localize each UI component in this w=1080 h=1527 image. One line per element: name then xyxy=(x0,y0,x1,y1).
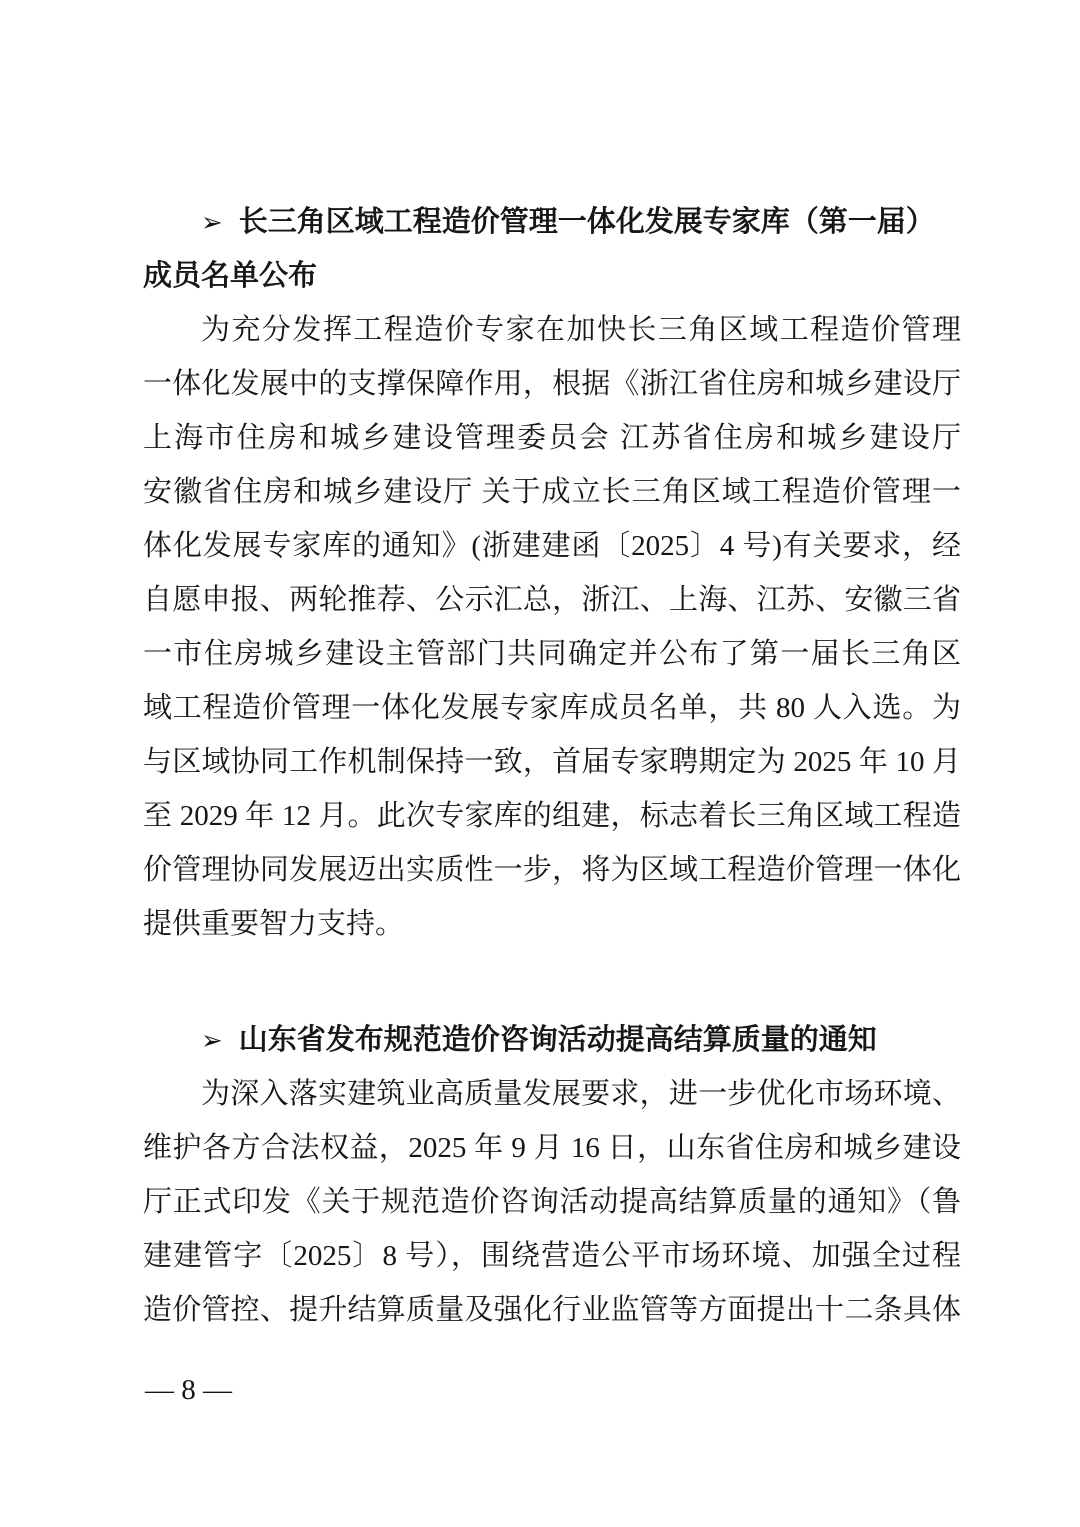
paragraph-line: 上海市住房和城乡建设管理委员会 江苏省住房和城乡建设厅 xyxy=(143,411,961,465)
paragraph-line: 造价管控、提升结算质量及强化行业监管等方面提出十二条具体 xyxy=(143,1283,961,1337)
paragraph-line: 体化发展专家库的通知》(浙建建函〔2025〕4 号)有关要求，经 xyxy=(143,519,961,573)
paragraph-line: 价管理协同发展迈出实质性一步，将为区域工程造价管理一体化 xyxy=(143,843,961,897)
arrow-bullet-icon: ➢ xyxy=(201,208,239,238)
document-content: ➢长三角区域工程造价管理一体化发展专家库（第一届） 成员名单公布 为充分发挥工程… xyxy=(143,195,961,1337)
section-heading-line: 成员名单公布 xyxy=(143,249,961,303)
section-heading-line: ➢山东省发布规范造价咨询活动提高结算质量的通知 xyxy=(143,1013,961,1067)
paragraph-line: 厅正式印发《关于规范造价咨询活动提高结算质量的通知》（鲁 xyxy=(143,1175,961,1229)
heading-text: 长三角区域工程造价管理一体化发展专家库（第一届） xyxy=(239,206,935,238)
section-heading-line: ➢长三角区域工程造价管理一体化发展专家库（第一届） xyxy=(143,195,961,249)
paragraph-line: 提供重要智力支持。 xyxy=(143,897,961,951)
paragraph-line: 建建管字〔2025〕8 号），围绕营造公平市场环境、加强全过程 xyxy=(143,1229,961,1283)
paragraph-line: 一市住房城乡建设主管部门共同确定并公布了第一届长三角区 xyxy=(143,627,961,681)
page-number: — 8 — xyxy=(145,1363,232,1417)
paragraph-line: 一体化发展中的支撑保障作用，根据《浙江省住房和城乡建设厅 xyxy=(143,357,961,411)
paragraph-line: 自愿申报、两轮推荐、公示汇总，浙江、上海、江苏、安徽三省 xyxy=(143,573,961,627)
heading-text: 山东省发布规范造价咨询活动提高结算质量的通知 xyxy=(239,1024,877,1056)
section-2: ➢山东省发布规范造价咨询活动提高结算质量的通知 为深入落实建筑业高质量发展要求，… xyxy=(143,1013,961,1337)
paragraph-line: 安徽省住房和城乡建设厅 关于成立长三角区域工程造价管理一 xyxy=(143,465,961,519)
paragraph-line: 与区域协同工作机制保持一致，首届专家聘期定为 2025 年 10 月 xyxy=(143,735,961,789)
paragraph-line: 至 2029 年 12 月。此次专家库的组建，标志着长三角区域工程造 xyxy=(143,789,961,843)
section-divider-space xyxy=(143,951,961,1013)
arrow-bullet-icon: ➢ xyxy=(201,1026,239,1056)
document-page: ➢长三角区域工程造价管理一体化发展专家库（第一届） 成员名单公布 为充分发挥工程… xyxy=(0,0,1080,1527)
paragraph-line: 为充分发挥工程造价专家在加快长三角区域工程造价管理 xyxy=(143,303,961,357)
section-1: ➢长三角区域工程造价管理一体化发展专家库（第一届） 成员名单公布 为充分发挥工程… xyxy=(143,195,961,951)
paragraph-line: 维护各方合法权益，2025 年 9 月 16 日，山东省住房和城乡建设 xyxy=(143,1121,961,1175)
paragraph-line: 为深入落实建筑业高质量发展要求，进一步优化市场环境、 xyxy=(143,1067,961,1121)
paragraph-line: 域工程造价管理一体化发展专家库成员名单，共 80 人入选。为 xyxy=(143,681,961,735)
